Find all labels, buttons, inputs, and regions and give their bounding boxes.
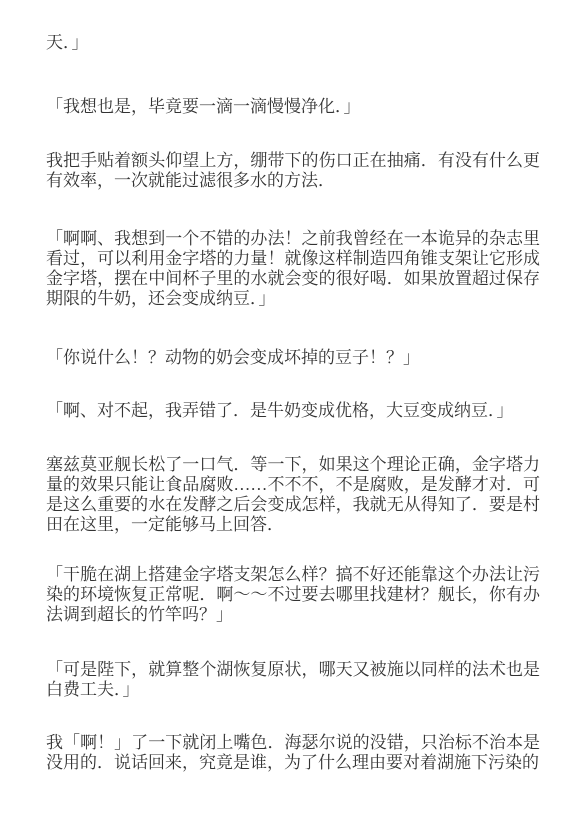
paragraph: 「干脆在湖上搭建金字塔支架怎么样？搞不好还能靠这个办法让污染的环境恢复正常呢．啊… xyxy=(46,565,540,625)
paragraph: 「你说什么！？动物的奶会变成坏掉的豆子！？」 xyxy=(46,348,540,368)
paragraph: 我把手贴着额头仰望上方，绷带下的伤口正在抽痛．有没有什么更有效率，一次就能过滤很… xyxy=(46,151,540,191)
paragraph: 我「啊！」了一下就闭上嘴色．海瑟尔说的没错，只治标不治本是没用的．说话回来，究竟… xyxy=(46,733,540,773)
paragraph: 「可是陛下，就算整个湖恢复原状，哪天又被施以同样的法术也是白费工夫．」 xyxy=(46,660,540,700)
paragraph: 天．」 xyxy=(46,33,540,53)
paragraph: 「我想也是，毕竟要一滴一滴慢慢净化．」 xyxy=(46,97,540,117)
paragraph: 塞兹莫亚舰长松了一口气．等一下，如果这个理论正确，金字塔力量的效果只能让食品腐败… xyxy=(46,455,540,535)
ebook-page: 天．」 「我想也是，毕竟要一滴一滴慢慢净化．」 我把手贴着额头仰望上方，绷带下的… xyxy=(0,0,583,828)
paragraph: 「啊啊、我想到一个不错的办法！之前我曾经在一本诡异的杂志里看过，可以利用金字塔的… xyxy=(46,229,540,309)
text-content: 天．」 「我想也是，毕竟要一滴一滴慢慢净化．」 我把手贴着额头仰望上方，绷带下的… xyxy=(46,33,540,773)
paragraph: 「啊、对不起，我弄错了．是牛奶变成优格，大豆变成纳豆．」 xyxy=(46,401,540,421)
